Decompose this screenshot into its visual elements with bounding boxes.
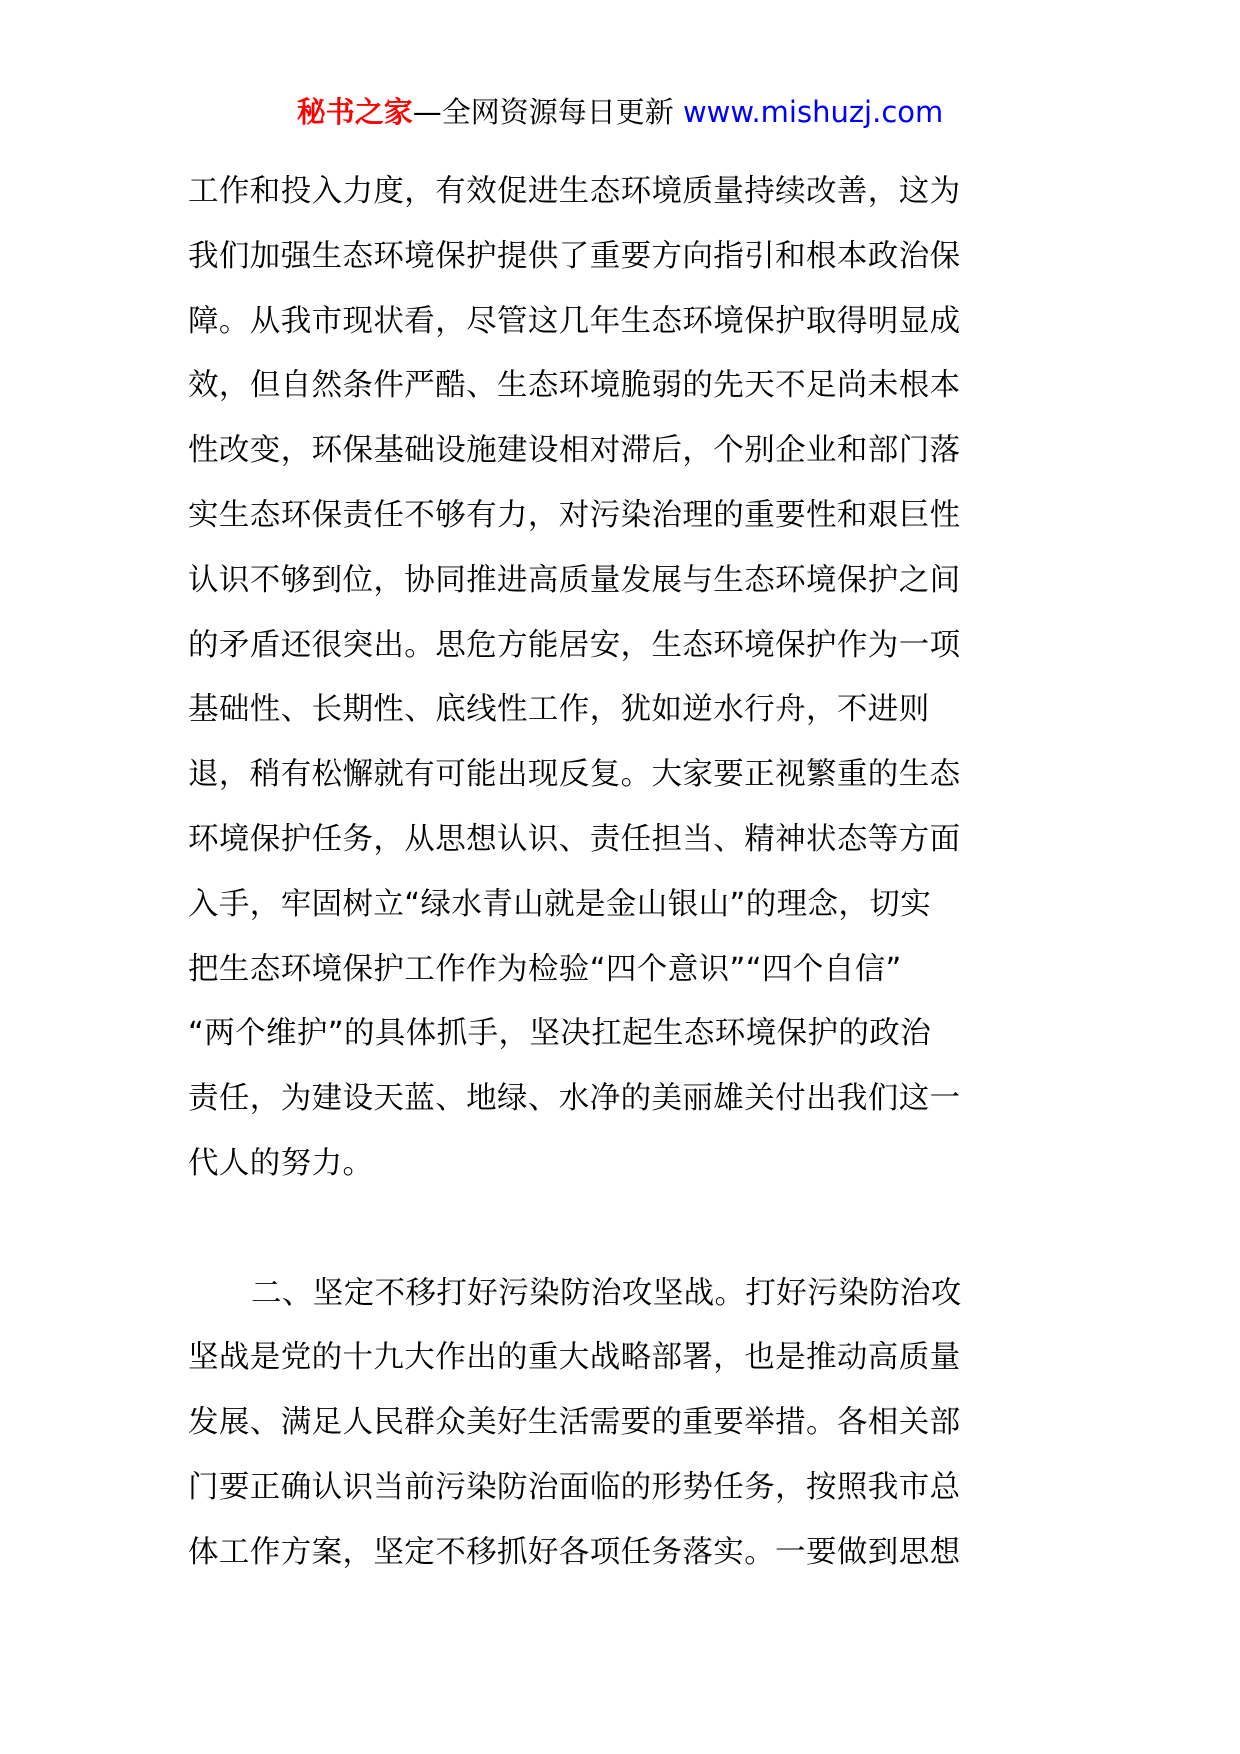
- website-link[interactable]: www.mishuzj.com: [683, 95, 943, 129]
- text-line: 基础性、长期性、底线性工作，犹如逆水行舟，不进则: [188, 678, 1052, 743]
- paragraph-1: 工作和投入力度，有效促进生态环境质量持续改善，这为 我们加强生态环境保护提供了重…: [188, 160, 1052, 1197]
- text-line: 代人的努力。: [188, 1132, 1052, 1197]
- text-line: 责任，为建设天蓝、地绿、水净的美丽雄关付出我们这一: [188, 1067, 1052, 1132]
- text-line: 坚战是党的十九大作出的重大战略部署，也是推动高质量: [188, 1326, 1052, 1391]
- text-line: 性改变，环保基础设施建设相对滞后，个别企业和部门落: [188, 419, 1052, 484]
- text-line: 认识不够到位，协同推进高质量发展与生态环境保护之间: [188, 549, 1052, 614]
- text-line: 退，稍有松懈就有可能出现反复。大家要正视繁重的生态: [188, 743, 1052, 808]
- text-line: 工作和投入力度，有效促进生态环境质量持续改善，这为: [188, 160, 1052, 225]
- header-slogan: —全网资源每日更新: [413, 95, 674, 129]
- text-line: 二、坚定不移打好污染防治攻坚战。打好污染防治攻: [188, 1262, 1052, 1327]
- text-line: 入手，牢固树立“绿水青山就是金山银山”的理念，切实: [188, 873, 1052, 938]
- paragraph-spacer: [188, 1197, 1052, 1262]
- paragraph-2: 二、坚定不移打好污染防治攻坚战。打好污染防治攻 坚战是党的十九大作出的重大战略部…: [188, 1262, 1052, 1586]
- text-line: 发展、满足人民群众美好生活需要的重要举措。各相关部: [188, 1391, 1052, 1456]
- text-line: 实生态环保责任不够有力，对污染治理的重要性和艰巨性: [188, 484, 1052, 549]
- text-line: 环境保护任务，从思想认识、责任担当、精神状态等方面: [188, 808, 1052, 873]
- document-body: 工作和投入力度，有效促进生态环境质量持续改善，这为 我们加强生态环境保护提供了重…: [188, 160, 1052, 1586]
- text-line: “两个维护”的具体抓手，坚决扛起生态环境保护的政治: [188, 1002, 1052, 1067]
- brand-name: 秘书之家: [297, 95, 413, 129]
- text-line: 体工作方案，坚定不移抓好各项任务落实。一要做到思想: [188, 1521, 1052, 1586]
- page-header: 秘书之家—全网资源每日更新 www.mishuzj.com: [0, 92, 1240, 132]
- text-line: 的矛盾还很突出。思危方能居安，生态环境保护作为一项: [188, 614, 1052, 679]
- text-line: 把生态环境保护工作作为检验“四个意识”“四个自信”: [188, 938, 1052, 1003]
- text-line: 障。从我市现状看，尽管这几年生态环境保护取得明显成: [188, 290, 1052, 355]
- text-line: 效，但自然条件严酷、生态环境脆弱的先天不足尚未根本: [188, 354, 1052, 419]
- text-line: 门要正确认识当前污染防治面临的形势任务，按照我市总: [188, 1456, 1052, 1521]
- text-line: 我们加强生态环境保护提供了重要方向指引和根本政治保: [188, 225, 1052, 290]
